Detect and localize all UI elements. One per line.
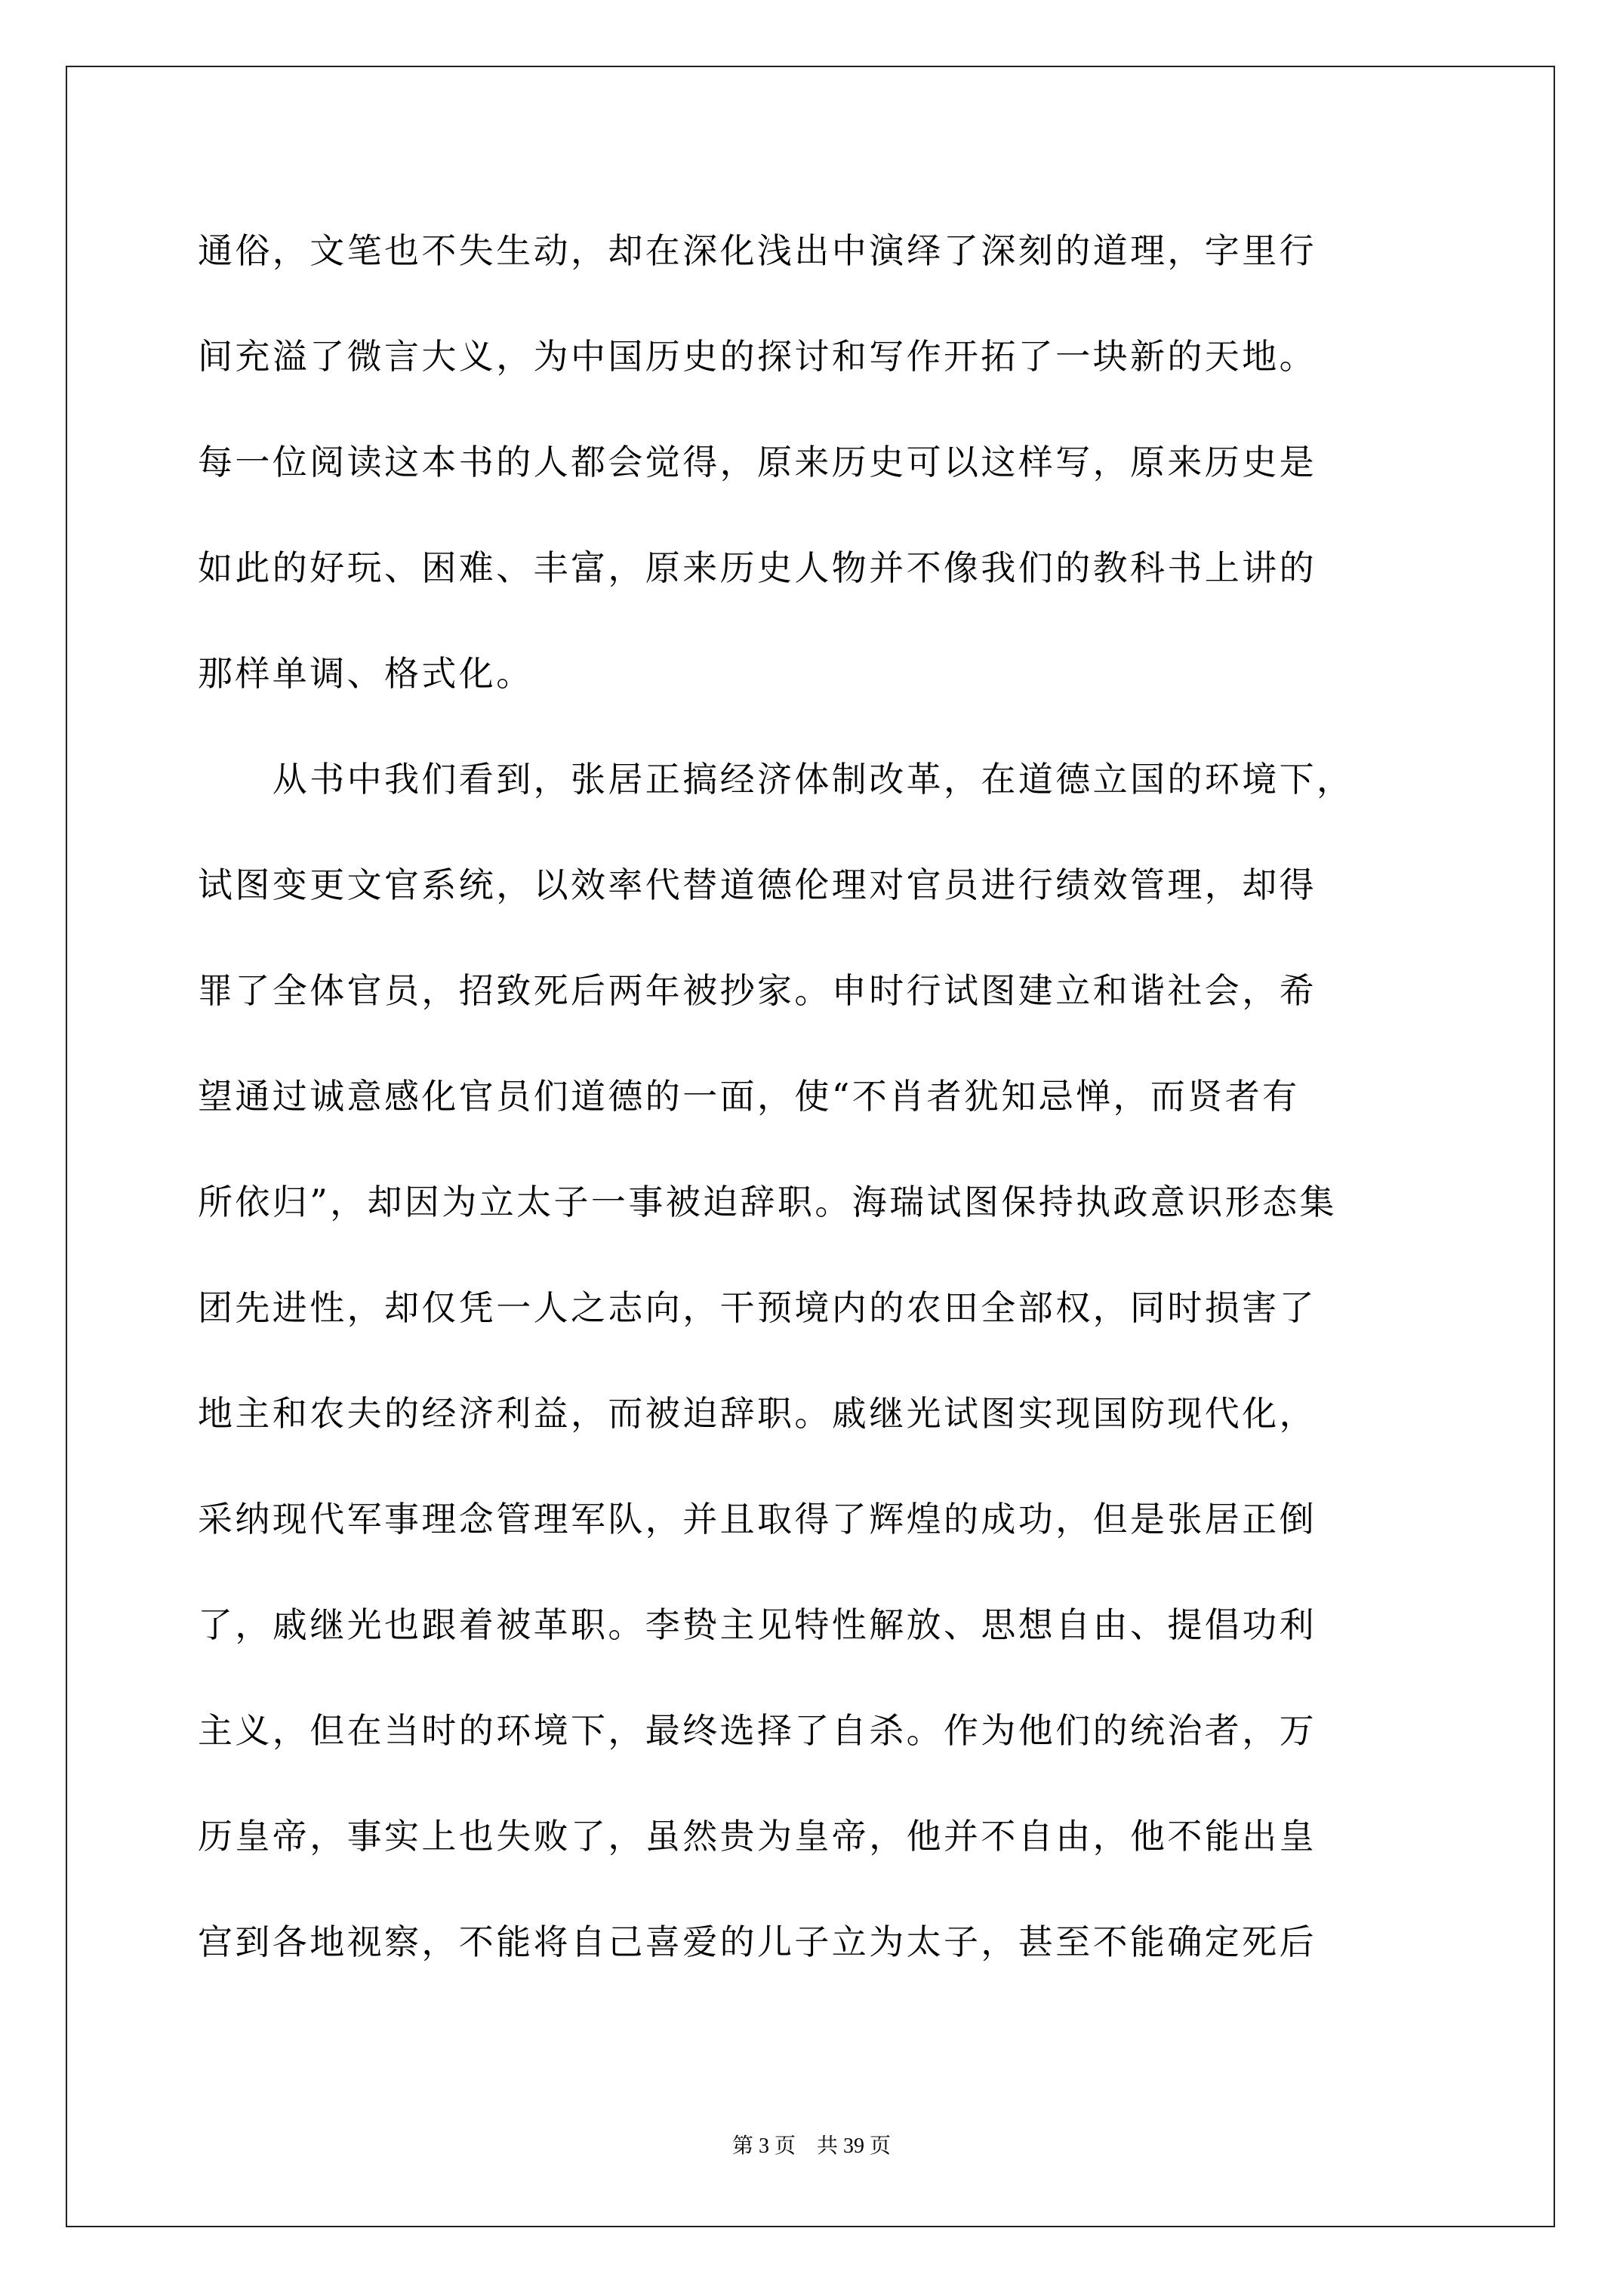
text-line: 所依归”，却因为立太子一事被迫辞职。海瑞试图保持执政意识形态集 <box>198 1164 1436 1270</box>
text-line: 从书中我们看到，张居正搞经济体制改革，在道德立国的环境下， <box>198 741 1436 847</box>
text-line: 那样单调、格式化。 <box>198 636 1436 741</box>
text-line: 每一位阅读这本书的人都会觉得，原来历史可以这样写，原来历史是 <box>198 424 1436 530</box>
text-line: 了，戚继光也跟着被革职。李贽主见特性解放、思想自由、提倡功利 <box>198 1587 1436 1693</box>
text-line: 宫到各地视察，不能将自己喜爱的儿子立为太子，甚至不能确定死后 <box>198 1904 1436 2010</box>
page-number-footer: 第 3 页 共 39 页 <box>0 2129 1623 2159</box>
text-line: 通俗，文笔也不失生动，却在深化浅出中演绎了深刻的道理，字里行 <box>198 213 1436 319</box>
text-line: 间充溢了微言大义，为中国历史的探讨和写作开拓了一块新的天地。 <box>198 319 1436 424</box>
document-body: 通俗，文笔也不失生动，却在深化浅出中演绎了深刻的道理，字里行 间充溢了微言大义，… <box>198 213 1436 2010</box>
text-line: 主义，但在当时的环境下，最终选择了自杀。作为他们的统治者，万 <box>198 1693 1436 1798</box>
text-line: 试图变更文官系统，以效率代替道德伦理对官员进行绩效管理，却得 <box>198 847 1436 953</box>
text-line: 历皇帝，事实上也失败了，虽然贵为皇帝，他并不自由，他不能出皇 <box>198 1798 1436 1904</box>
text-line: 团先进性，却仅凭一人之志向，干预境内的农田全部权，同时损害了 <box>198 1270 1436 1376</box>
text-line: 如此的好玩、困难、丰富，原来历史人物并不像我们的教科书上讲的 <box>198 530 1436 636</box>
text-line: 采纳现代军事理念管理军队，并且取得了辉煌的成功，但是张居正倒 <box>198 1481 1436 1587</box>
text-line: 望通过诚意感化官员们道德的一面，使“不肖者犹知忌惮，而贤者有 <box>198 1059 1436 1164</box>
text-line: 罪了全体官员，招致死后两年被抄家。申时行试图建立和谐社会，希 <box>198 953 1436 1059</box>
text-line: 地主和农夫的经济利益，而被迫辞职。戚继光试图实现国防现代化， <box>198 1376 1436 1481</box>
